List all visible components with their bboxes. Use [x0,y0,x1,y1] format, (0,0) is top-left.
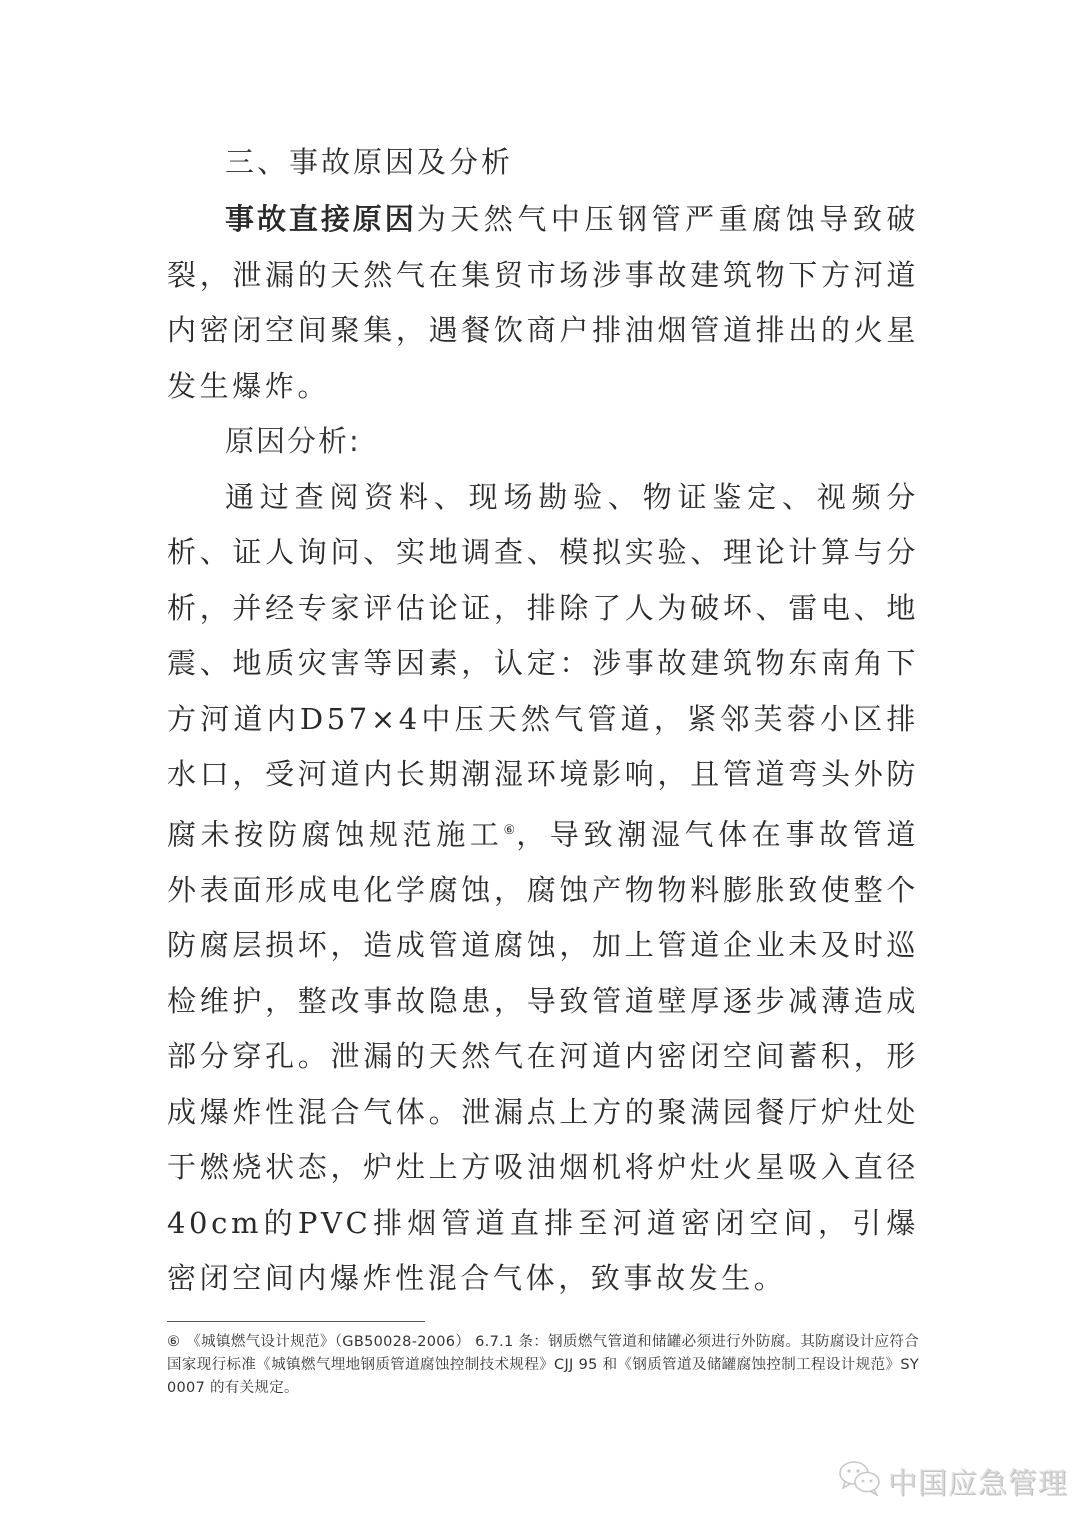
footnote-reference[interactable]: ⑥ [504,823,517,838]
direct-cause-paragraph: 事故直接原因为天然气中压钢管严重腐蚀导致破裂，泄漏的天然气在集贸市场涉事故建筑物… [167,192,919,414]
footnote-divider [167,1321,425,1322]
direct-cause-label: 事故直接原因 [225,202,417,236]
section-heading: 三、事故原因及分析 [167,140,919,184]
analysis-text-part2: ，导致潮湿气体在事故管道外表面形成电化学腐蚀，腐蚀产物物料膨胀致使整个防腐层损坏… [167,817,919,1295]
watermark-text: 中国应急管理 [888,1461,1068,1502]
analysis-paragraph: 通过查阅资料、现场勘验、物证鉴定、视频分析、证人询问、实地调查、模拟实验、理论计… [167,470,919,1307]
wechat-icon [838,1460,882,1503]
analysis-heading: 原因分析: [167,414,919,470]
footnote-text: 《城镇燃气设计规范》（GB50028-2006） 6.7.1 条：钢质燃气管道和… [167,1334,919,1396]
watermark: 中国应急管理 [838,1460,1068,1503]
footnote-marker: ⑥ [167,1334,180,1350]
document-page: 三、事故原因及分析 事故直接原因为天然气中压钢管严重腐蚀导致破裂，泄漏的天然气在… [167,140,919,1307]
footnote: ⑥《城镇燃气设计规范》（GB50028-2006） 6.7.1 条：钢质燃气管道… [167,1331,919,1400]
analysis-text-part1: 通过查阅资料、现场勘验、物证鉴定、视频分析、证人询问、实地调查、模拟实验、理论计… [167,480,919,852]
